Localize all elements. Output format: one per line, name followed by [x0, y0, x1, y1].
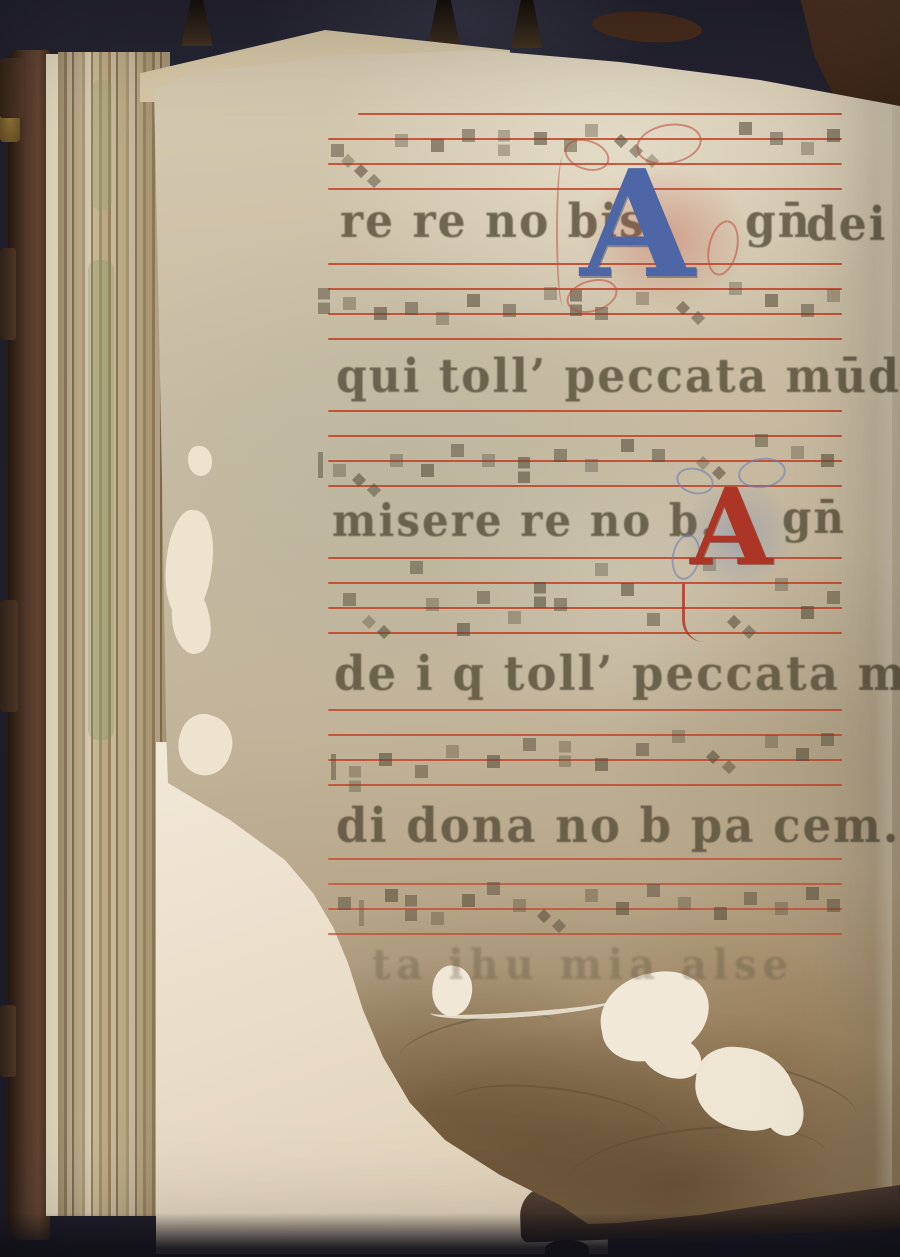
chant-text-line-4: de i q toll’ peccata mū — [334, 645, 900, 701]
fanned-page-edges — [58, 52, 170, 1216]
chant-syllables: gn̄ — [745, 194, 812, 248]
page-edge-green-tint — [88, 260, 114, 740]
chant-syllables: misere re no b. — [332, 495, 717, 547]
chant-text-line-3: gn̄ — [782, 492, 846, 544]
chant-syllables: de i q toll’ peccata mū — [334, 645, 900, 701]
leather-strap-left-4 — [0, 1005, 16, 1077]
chant-syllables: qui toll’ peccata mūdi — [336, 349, 900, 403]
initial-letter: A — [690, 474, 790, 580]
chant-text-line-6-faded: ta ihu mia alse — [372, 940, 794, 990]
chant-text-line-1: dei — [806, 197, 887, 251]
leather-strap-left-1 — [0, 58, 24, 118]
initial-letter: A — [580, 150, 740, 298]
chant-syllables: di dona no b pa cem. — [336, 797, 900, 853]
leather-strap-left-3 — [0, 600, 18, 712]
chant-text-line-1: gn̄ — [745, 194, 812, 248]
chant-syllables: gn̄ — [782, 492, 846, 544]
illuminated-initial-A-blue: A — [580, 150, 740, 326]
chant-text-line-2: qui toll’ peccata mūdi — [336, 349, 900, 403]
binding-boss-top-1 — [180, 0, 214, 46]
bottom-shadow — [0, 1213, 900, 1257]
penwork-stem — [556, 156, 570, 306]
page-edge-green-tint-2 — [92, 80, 112, 210]
leather-strap-left-2 — [0, 248, 16, 340]
chant-syllables: dei — [806, 197, 887, 251]
loss-patch — [188, 446, 212, 476]
chant-text-line-5: di dona no b pa cem. — [336, 797, 900, 853]
initial-descender-tail — [682, 584, 707, 642]
chant-syllables: ta ihu mia alse — [372, 940, 794, 990]
chant-text-line-3: misere re no b. — [332, 495, 717, 547]
manuscript-photo: re re no bis. A gn̄ dei qui toll’ peccat… — [0, 0, 900, 1257]
illuminated-initial-A-red: A — [690, 474, 790, 594]
loss-patch — [169, 708, 240, 783]
